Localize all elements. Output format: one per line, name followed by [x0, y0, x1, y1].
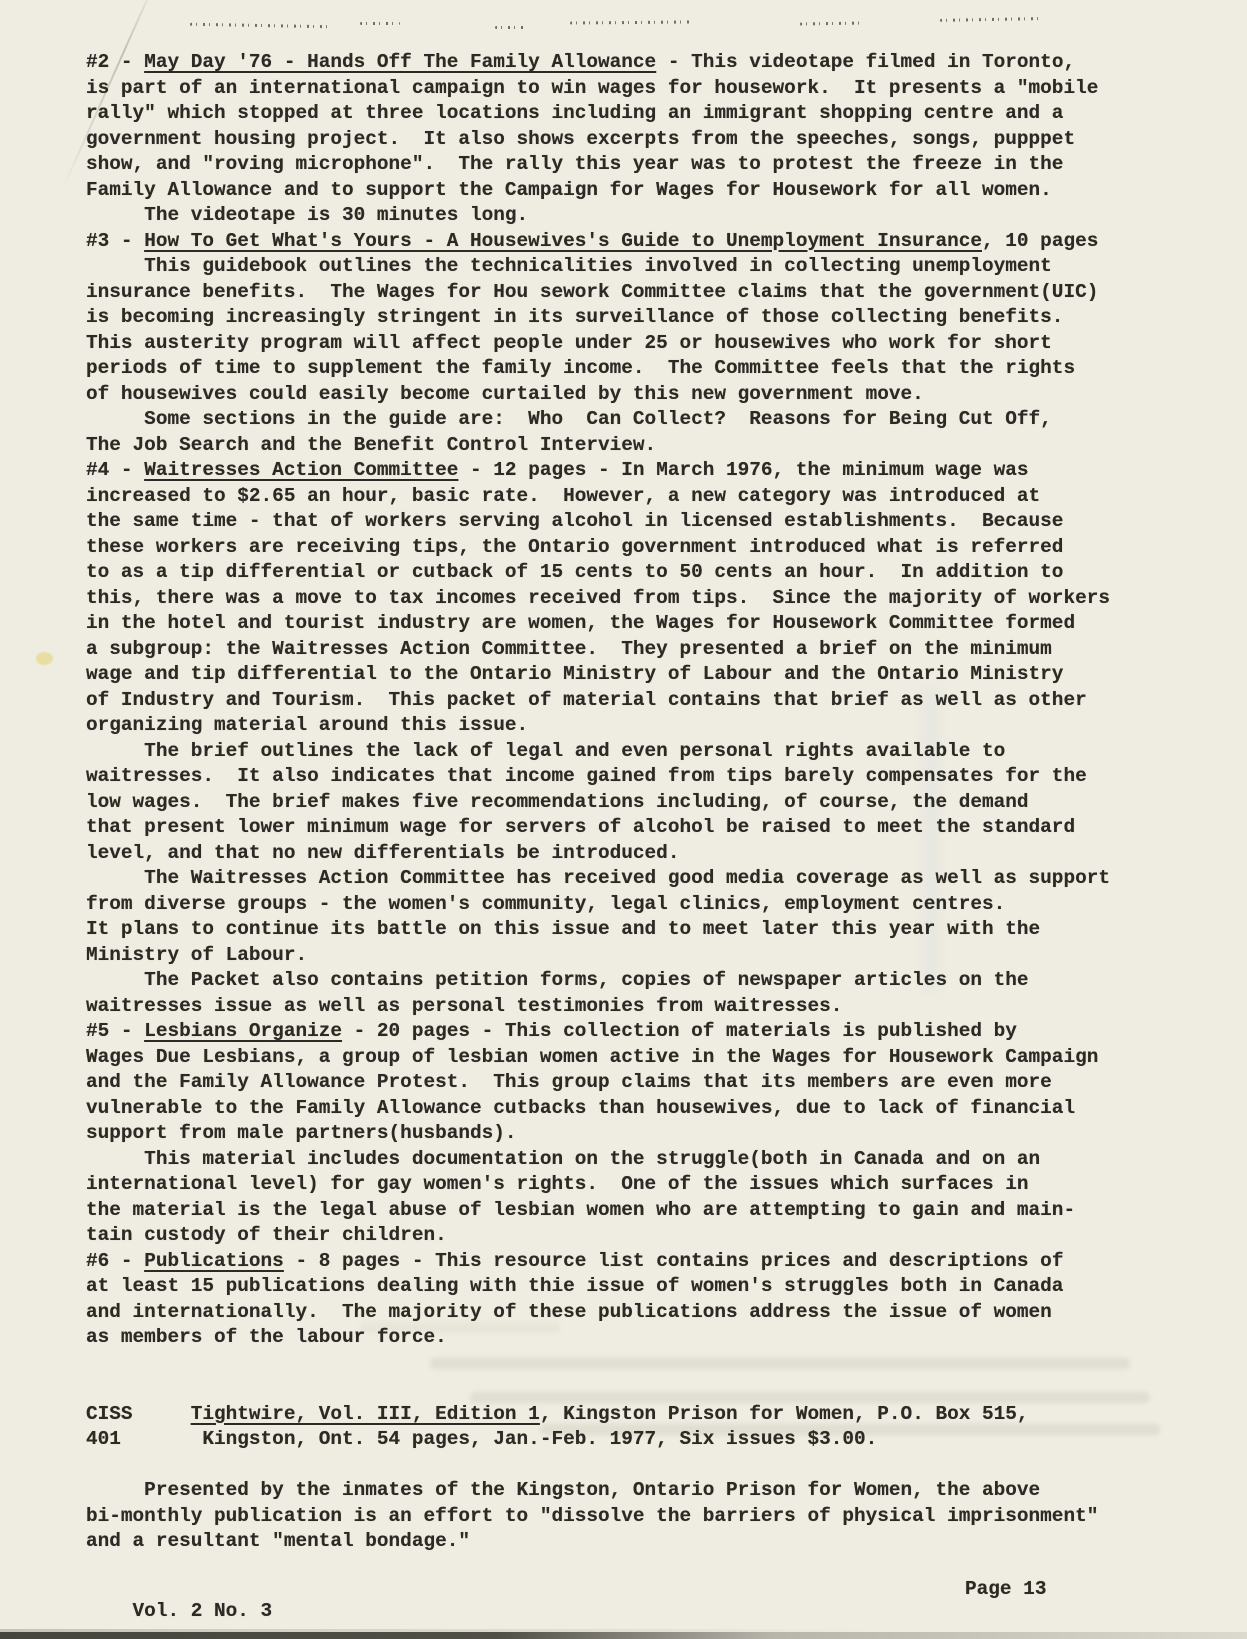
document-line: government housing project. It also show…: [86, 127, 1186, 153]
bleed-through-marks: [360, 22, 400, 25]
bleed-through-marks: [495, 26, 525, 29]
document-line: organizing material around this issue.: [86, 713, 1186, 739]
text-segment: of housewives could easily become curtai…: [86, 383, 924, 405]
document-line: at least 15 publications dealing with th…: [86, 1274, 1186, 1300]
text-segment: Some sections in the guide are: Who Can …: [86, 408, 1052, 430]
text-segment: and internationally. The majority of the…: [86, 1301, 1052, 1323]
page-footer: Vol. 2 No. 3 Page 13: [86, 1578, 1247, 1604]
text-segment: in the hotel and tourist industry are wo…: [86, 612, 1075, 634]
document-line: rally" which stopped at three locations …: [86, 101, 1186, 127]
document-line: a subgroup: the Waitresses Action Commit…: [86, 637, 1186, 663]
volume-number: Vol. 2 No. 3: [133, 1600, 273, 1622]
document-line: The brief outlines the lack of legal and…: [86, 739, 1186, 765]
document-line: international level) for gay women's rig…: [86, 1172, 1186, 1198]
bleed-through-marks: [940, 17, 1040, 22]
document-line: #5 - Lesbians Organize - 20 pages - This…: [86, 1019, 1186, 1045]
page-number: Page 13: [965, 1578, 1046, 1600]
bleed-through-marks: [570, 20, 690, 24]
document-line: of housewives could easily become curtai…: [86, 382, 1186, 408]
text-segment: wage and tip differential to the Ontario…: [86, 663, 1063, 685]
document-line: tain custody of their children.: [86, 1223, 1186, 1249]
document-line: Some sections in the guide are: Who Can …: [86, 407, 1186, 433]
document-line: and internationally. The majority of the…: [86, 1300, 1186, 1326]
document-lines: #2 - May Day '76 - Hands Off The Family …: [86, 50, 1186, 1555]
document-line: support from male partners(husbands).: [86, 1121, 1186, 1147]
paper-stain: [36, 652, 53, 665]
document-line: Wages Due Lesbians, a group of lesbian w…: [86, 1045, 1186, 1071]
document-line: insurance benefits. The Wages for Hou se…: [86, 280, 1186, 306]
document-line: the material is the legal abuse of lesbi…: [86, 1198, 1186, 1224]
document-line: increased to $2.65 an hour, basic rate. …: [86, 484, 1186, 510]
text-segment: This material includes documentation on …: [86, 1148, 1040, 1170]
underlined-title: How To Get What's Yours - A Housewives's…: [144, 230, 982, 252]
document-line: level, and that no new differentials be …: [86, 841, 1186, 867]
document-line: to as a tip differential or cutback of 1…: [86, 560, 1186, 586]
text-segment: #4 -: [86, 459, 144, 481]
text-segment: low wages. The brief makes five recommen…: [86, 791, 1029, 813]
bleed-through-marks: [190, 23, 330, 28]
text-segment: periods of time to supplement the family…: [86, 357, 1075, 379]
text-segment: this, there was a move to tax incomes re…: [86, 587, 1110, 609]
bleed-through-marks: [800, 21, 865, 25]
text-segment: as members of the labour force.: [86, 1326, 447, 1348]
text-segment: - 8 pages - This resource list contains …: [284, 1250, 1064, 1272]
blank-line: [86, 1351, 1186, 1377]
document-line: that present lower minimum wage for serv…: [86, 815, 1186, 841]
document-line: Ministry of Labour.: [86, 943, 1186, 969]
document-line: #3 - How To Get What's Yours - A Housewi…: [86, 229, 1186, 255]
text-segment: a subgroup: the Waitresses Action Commit…: [86, 638, 1052, 660]
text-segment: tain custody of their children.: [86, 1224, 447, 1246]
document-line: from diverse groups - the women's commun…: [86, 892, 1186, 918]
document-line: The Waitresses Action Committee has rece…: [86, 866, 1186, 892]
text-segment: - 20 pages - This collection of material…: [342, 1020, 1017, 1042]
text-segment: of Industry and Tourism. This packet of …: [86, 689, 1087, 711]
text-segment: - This videotape filmed in Toronto,: [656, 51, 1075, 73]
document-line: show, and "roving microphone". The rally…: [86, 152, 1186, 178]
text-segment: CISS: [86, 1403, 191, 1425]
text-segment: at least 15 publications dealing with th…: [86, 1275, 1063, 1297]
text-segment: level, and that no new differentials be …: [86, 842, 679, 864]
blank-line: [86, 1453, 1186, 1479]
text-segment: The Waitresses Action Committee has rece…: [86, 867, 1110, 889]
text-segment: government housing project. It also show…: [86, 128, 1075, 150]
text-segment: the material is the legal abuse of lesbi…: [86, 1199, 1075, 1221]
document-line: in the hotel and tourist industry are wo…: [86, 611, 1186, 637]
document-line: the same time - that of workers serving …: [86, 509, 1186, 535]
text-segment: 401 Kingston, Ont. 54 pages, Jan.-Feb. 1…: [86, 1428, 877, 1450]
underlined-title: Waitresses Action Committee: [144, 459, 458, 481]
text-segment: This guidebook outlines the technicaliti…: [86, 255, 1052, 277]
text-segment: insurance benefits. The Wages for Hou se…: [86, 281, 1098, 303]
document-line: The Job Search and the Benefit Control I…: [86, 433, 1186, 459]
document-line: waitresses. It also indicates that incom…: [86, 764, 1186, 790]
text-segment: #5 -: [86, 1020, 144, 1042]
underlined-title: Lesbians Organize: [144, 1020, 342, 1042]
document-line: CISS Tightwire, Vol. III, Edition 1, Kin…: [86, 1402, 1186, 1428]
document-line: bi-monthly publication is an effort to "…: [86, 1504, 1186, 1530]
scan-bottom-edge: [0, 1632, 1247, 1639]
document-line: #6 - Publications - 8 pages - This resou…: [86, 1249, 1186, 1275]
text-segment: bi-monthly publication is an effort to "…: [86, 1505, 1098, 1527]
text-segment: #3 -: [86, 230, 144, 252]
text-segment: from diverse groups - the women's commun…: [86, 893, 1005, 915]
text-segment: Family Allowance and to support the Camp…: [86, 179, 1052, 201]
document-line: wage and tip differential to the Ontario…: [86, 662, 1186, 688]
document-line: is becoming increasingly stringent in it…: [86, 305, 1186, 331]
document-line: of Industry and Tourism. This packet of …: [86, 688, 1186, 714]
document-line: and a resultant "mental bondage.": [86, 1529, 1186, 1555]
document-line: as members of the labour force.: [86, 1325, 1186, 1351]
text-segment: international level) for gay women's rig…: [86, 1173, 1029, 1195]
text-segment: Presented by the inmates of the Kingston…: [86, 1479, 1040, 1501]
text-segment: rally" which stopped at three locations …: [86, 102, 1063, 124]
scanned-page: #2 - May Day '76 - Hands Off The Family …: [0, 0, 1247, 1639]
document-line: This austerity program will affect peopl…: [86, 331, 1186, 357]
document-line: The videotape is 30 minutes long.: [86, 203, 1186, 229]
text-segment: vulnerable to the Family Allowance cutba…: [86, 1097, 1075, 1119]
text-segment: - 12 pages - In March 1976, the minimum …: [458, 459, 1028, 481]
document-line: and the Family Allowance Protest. This g…: [86, 1070, 1186, 1096]
underlined-title: Tightwire, Vol. III, Edition 1: [191, 1403, 540, 1425]
document-line: It plans to continue its battle on this …: [86, 917, 1186, 943]
text-segment: is becoming increasingly stringent in it…: [86, 306, 1063, 328]
document-line: Family Allowance and to support the Camp…: [86, 178, 1186, 204]
document-line: #2 - May Day '76 - Hands Off The Family …: [86, 50, 1186, 76]
text-segment: organizing material around this issue.: [86, 714, 528, 736]
text-segment: #6 -: [86, 1250, 144, 1272]
text-segment: Ministry of Labour.: [86, 944, 307, 966]
text-segment: and the Family Allowance Protest. This g…: [86, 1071, 1052, 1093]
document-line: periods of time to supplement the family…: [86, 356, 1186, 382]
underlined-title: Publications: [144, 1250, 284, 1272]
text-segment: , 10 pages: [982, 230, 1098, 252]
text-segment: The videotape is 30 minutes long.: [86, 204, 528, 226]
text-segment: show, and "roving microphone". The rally…: [86, 153, 1063, 175]
document-line: #4 - Waitresses Action Committee - 12 pa…: [86, 458, 1186, 484]
document-line: is part of an international campaign to …: [86, 76, 1186, 102]
text-segment: It plans to continue its battle on this …: [86, 918, 1040, 940]
document-line: vulnerable to the Family Allowance cutba…: [86, 1096, 1186, 1122]
document-line: The Packet also contains petition forms,…: [86, 968, 1186, 994]
document-line: This guidebook outlines the technicaliti…: [86, 254, 1186, 280]
text-segment: and a resultant "mental bondage.": [86, 1530, 470, 1552]
document-line: these workers are receiving tips, the On…: [86, 535, 1186, 561]
text-segment: is part of an international campaign to …: [86, 77, 1098, 99]
text-segment: support from male partners(husbands).: [86, 1122, 517, 1144]
text-segment: Wages Due Lesbians, a group of lesbian w…: [86, 1046, 1098, 1068]
document-line: This material includes documentation on …: [86, 1147, 1186, 1173]
text-segment: The Packet also contains petition forms,…: [86, 969, 1029, 991]
blank-line: [86, 1376, 1186, 1402]
underlined-title: May Day '76 - Hands Off The Family Allow…: [144, 51, 656, 73]
text-segment: The brief outlines the lack of legal and…: [86, 740, 1005, 762]
text-segment: to as a tip differential or cutback of 1…: [86, 561, 1063, 583]
text-segment: that present lower minimum wage for serv…: [86, 816, 1075, 838]
document-line: this, there was a move to tax incomes re…: [86, 586, 1186, 612]
text-segment: the same time - that of workers serving …: [86, 510, 1063, 532]
document-line: waitresses issue as well as personal tes…: [86, 994, 1186, 1020]
document-line: Presented by the inmates of the Kingston…: [86, 1478, 1186, 1504]
text-segment: This austerity program will affect peopl…: [86, 332, 1052, 354]
text-segment: waitresses. It also indicates that incom…: [86, 765, 1087, 787]
text-segment: , Kingston Prison for Women, P.O. Box 51…: [540, 1403, 1029, 1425]
document-line: low wages. The brief makes five recommen…: [86, 790, 1186, 816]
text-segment: these workers are receiving tips, the On…: [86, 536, 1063, 558]
text-segment: #2 -: [86, 51, 144, 73]
text-segment: The Job Search and the Benefit Control I…: [86, 434, 656, 456]
text-segment: waitresses issue as well as personal tes…: [86, 995, 842, 1017]
document-line: 401 Kingston, Ont. 54 pages, Jan.-Feb. 1…: [86, 1427, 1186, 1453]
text-segment: increased to $2.65 an hour, basic rate. …: [86, 485, 1040, 507]
